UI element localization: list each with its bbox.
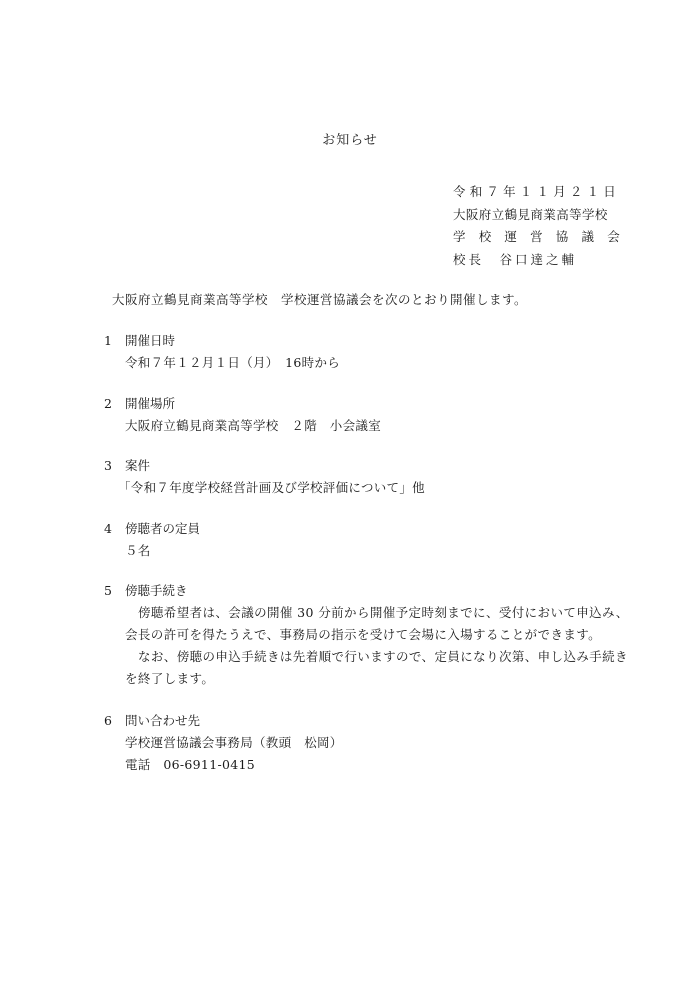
section-heading: 1開催日時 [104,330,624,352]
section-number: 3 [104,455,125,477]
section-procedure: 5傍聴手続き 傍聴希望者は、会議の開催 30 分前から開催予定時刻までに、受付に… [104,580,624,690]
document-title: お知らせ [0,129,700,148]
section-heading: 2開催場所 [104,393,624,415]
contact-phone: 電話 06-6911-0415 [104,754,624,776]
paragraph-line: なお、傍聴の申込手続きは先着順で行いますので、定員になり次第、申し込み手続き [125,646,624,668]
section-number: 5 [104,580,125,602]
procedure-paragraph-2: なお、傍聴の申込手続きは先着順で行いますので、定員になり次第、申し込み手続き を… [104,646,624,690]
paragraph-line: 会長の許可を得たうえで、事務局の指示を受けて会場に入場することができます。 [125,624,624,646]
issue-date: 令和７年１１月２１日 [453,181,613,204]
section-title: 傍聴者の定員 [125,521,200,536]
section-venue: 2開催場所 大阪府立鶴見商業高等学校 ２階 小会議室 [104,393,624,437]
section-heading: 3案件 [104,455,624,477]
section-capacity: 4傍聴者の定員 ５名 [104,518,624,562]
issuer-council: 学校運営協議会 [453,226,613,249]
section-number: 4 [104,518,125,540]
issuer-principal: 校長 谷口達之輔 [453,249,613,272]
section-agenda: 3案件 「令和７年度学校経営計画及び学校評価について」他 [104,455,624,499]
section-number: 1 [104,330,125,352]
intro-text: 大阪府立鶴見商業高等学校 学校運営協議会を次のとおり開催します。 [112,290,527,308]
meeting-venue: 大阪府立鶴見商業高等学校 ２階 小会議室 [104,415,624,437]
section-number: 6 [104,710,125,732]
issuer-block: 令和７年１１月２１日 大阪府立鶴見商業高等学校 学校運営協議会 校長 谷口達之輔 [453,181,613,271]
meeting-datetime: 令和７年１２月１日（月） 16時から [104,352,624,374]
observer-capacity: ５名 [104,540,624,562]
issuer-school: 大阪府立鶴見商業高等学校 [453,204,613,227]
section-contact: 6問い合わせ先 学校運営協議会事務局（教頭 松岡） 電話 06-6911-041… [104,710,624,776]
section-heading: 6問い合わせ先 [104,710,624,732]
section-number: 2 [104,393,125,415]
procedure-paragraph-1: 傍聴希望者は、会議の開催 30 分前から開催予定時刻までに、受付において申込み、… [104,602,624,646]
section-title: 開催日時 [125,333,175,348]
section-heading: 4傍聴者の定員 [104,518,624,540]
section-datetime: 1開催日時 令和７年１２月１日（月） 16時から [104,330,624,374]
paragraph-line: を終了します。 [125,668,624,690]
section-title: 傍聴手続き [125,583,188,598]
contact-office: 学校運営協議会事務局（教頭 松岡） [104,732,624,754]
section-title: 案件 [125,458,150,473]
section-title: 問い合わせ先 [125,713,200,728]
section-title: 開催場所 [125,396,175,411]
section-heading: 5傍聴手続き [104,580,624,602]
notice-page: お知らせ 令和７年１１月２１日 大阪府立鶴見商業高等学校 学校運営協議会 校長 … [0,0,700,991]
paragraph-line: 傍聴希望者は、会議の開催 30 分前から開催予定時刻までに、受付において申込み、 [125,602,624,624]
agenda-item: 「令和７年度学校経営計画及び学校評価について」他 [104,477,624,499]
